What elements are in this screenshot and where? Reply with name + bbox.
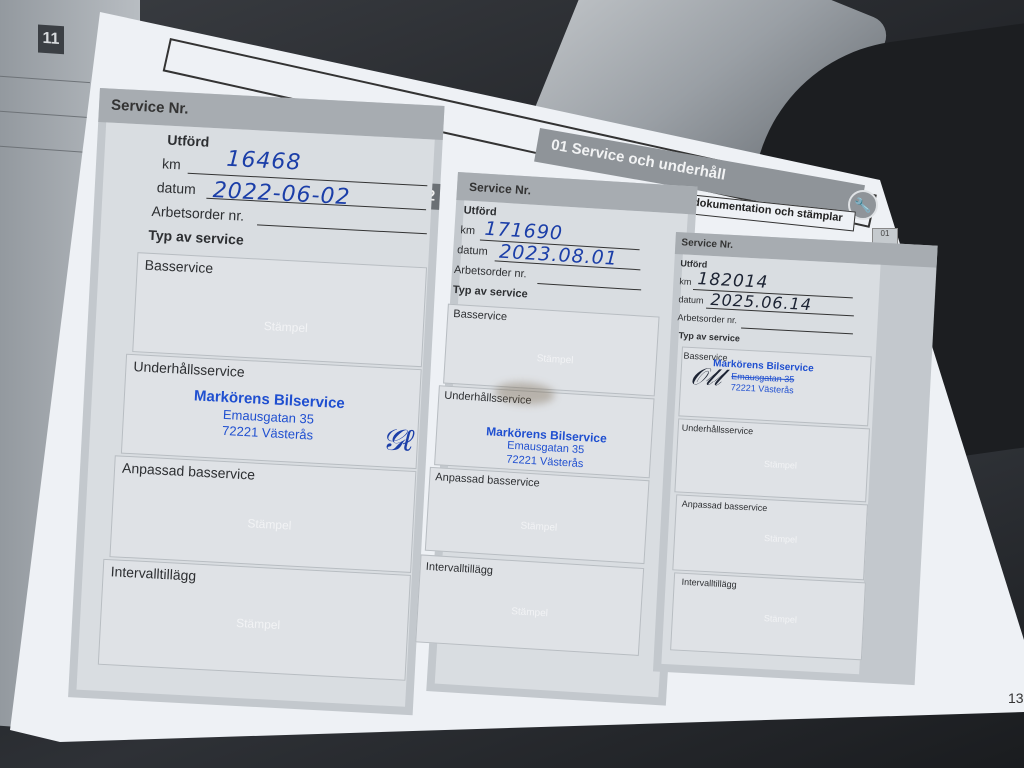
stamp-placeholder: Stämpel: [764, 613, 798, 625]
km-label: km: [679, 276, 692, 287]
km-value: 16468: [226, 147, 302, 176]
stamp-placeholder: Stämpel: [511, 606, 548, 619]
stamp-placeholder: Stämpel: [247, 516, 292, 532]
service-card-14: Service Nr. 14 Utförd km 182014 datum 20…: [653, 232, 938, 685]
performed-label: Utförd: [167, 132, 210, 150]
date-label: datum: [457, 244, 488, 258]
stamp-placeholder: Stämpel: [263, 319, 308, 335]
service-card-12: Service Nr. 12 Utförd km 16468 datum 202…: [68, 88, 444, 715]
performed-label: Utförd: [463, 204, 497, 218]
date-label: datum: [156, 179, 196, 197]
page-number: 13: [1008, 690, 1024, 706]
signature: 𝒪𝓁𝓁: [690, 363, 722, 393]
stamp-placeholder: Stämpel: [520, 520, 557, 533]
km-value: 171690: [484, 218, 564, 245]
stamp-placeholder: Stämpel: [236, 616, 281, 632]
workshop-stamp: Markörens Bilservice Emausgatan 35 72221…: [192, 387, 345, 444]
stamp-placeholder: Stämpel: [764, 459, 798, 471]
workshop-stamp: Markörens Bilservice Emausgatan 35 72221…: [484, 424, 607, 472]
km-label: km: [460, 224, 475, 237]
workshop-stamp: Markörens Bilservice Emausgatan 35 72221…: [712, 358, 814, 397]
stamp-placeholder: Stämpel: [536, 353, 573, 366]
signature: 𝒢ℓ: [381, 423, 414, 459]
booklet-page: 01 Service och underhåll 🔧 Servicedokume…: [0, 0, 1024, 768]
performed-label: Utförd: [680, 258, 707, 269]
km-value: 182014: [697, 269, 769, 293]
date-label: datum: [678, 294, 704, 305]
km-label: km: [162, 155, 181, 172]
stamp-placeholder: Stämpel: [764, 533, 798, 545]
side-tab-label: 01: [881, 229, 890, 238]
